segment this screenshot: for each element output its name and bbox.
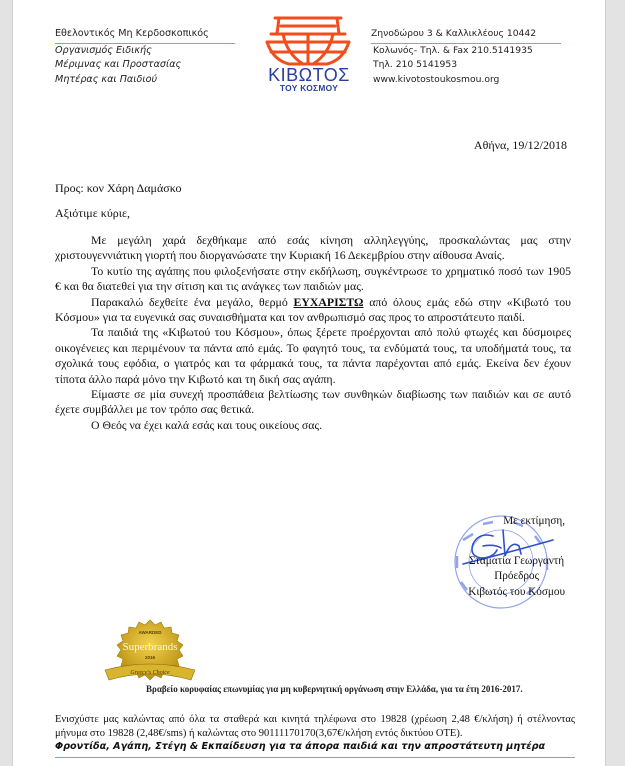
contact-info: Ζηνοδώρου 3 & Καλλικλέους 10442 Κολωνός-… (371, 27, 561, 87)
paragraph: Με μεγάλη χαρά δεχθήκαμε από εσάς κίνηση… (55, 233, 571, 264)
paragraph-text: Παρακαλώ δεχθείτε ένα μεγάλο, θερμό (91, 295, 293, 309)
letter-date: Αθήνα, 19/12/2018 (474, 138, 567, 153)
logo-subtitle: ΤΟΥ ΚΟΣΜΟΥ (254, 83, 364, 93)
award-caption: Βραβείο κορυφαίας επωνυμίας για μη κυβερ… (146, 684, 523, 694)
org-line-3: Μέριμνας και Προστασίας (55, 58, 235, 73)
signatory-org: Κιβωτός του Κόσμου (468, 585, 565, 601)
address: Ζηνοδώρου 3 & Καλλικλέους 10442 (371, 27, 561, 44)
org-line-1: Εθελοντικός Μη Κερδοσκοπικός (55, 27, 235, 44)
signatory-title: Πρόεδρος (468, 569, 565, 585)
svg-text:Superbrands: Superbrands (123, 641, 178, 653)
organization-description: Εθελοντικός Μη Κερδοσκοπικός Οργανισμός … (55, 27, 235, 87)
closing: Με εκτίμηση, (468, 514, 565, 530)
donation-info: Ενισχύστε μας καλώντας από όλα τα σταθερ… (55, 713, 575, 740)
salutation: Αξιότιμε κύριε, (55, 206, 130, 221)
letter-body: Με μεγάλη χαρά δεχθήκαμε από εσάς κίνηση… (55, 233, 571, 433)
paragraph: Παρακαλώ δεχθείτε ένα μεγάλο, θερμό ΕΥΧΑ… (55, 295, 571, 326)
svg-text:AWARDED: AWARDED (138, 630, 162, 635)
paragraph: Είμαστε σε μία συνεχή προσπάθεια βελτίωσ… (55, 387, 571, 418)
org-line-4: Μητέρας και Παιδιού (55, 73, 235, 88)
thank-you-emphasis: ΕΥΧΑΡΙΣΤΩ (293, 295, 363, 309)
logo-title: ΚΙΒΩΤΟΣ (254, 66, 364, 84)
svg-text:Greece's Choice: Greece's Choice (130, 670, 170, 676)
letter-page: Εθελοντικός Μη Κερδοσκοπικός Οργανισμός … (12, 0, 606, 766)
organization-motto: Φροντίδα, Αγάπη, Στέγη & Εκπαίδευση για … (55, 741, 575, 758)
phone-fax: Κολωνός- Τηλ. & Fax 210.5141935 (371, 44, 561, 59)
paragraph: Το κυτίο της αγάπης που φιλοξενήσατε στη… (55, 264, 571, 295)
svg-text:2016: 2016 (145, 655, 156, 660)
signatory-name: Σταματία Γεωργαντή (468, 554, 565, 570)
paragraph: Τα παιδιά της «Κιβωτού του Κόσμου», όπως… (55, 325, 571, 387)
recipient: Προς: κον Χάρη Δαμάσκο (55, 181, 181, 196)
website-link[interactable]: www.kivotostoukosmou.org (371, 73, 561, 88)
phone: Τηλ. 210 5141953 (371, 58, 561, 73)
signature-block: Με εκτίμηση, Σταματία Γεωργαντή Πρόεδρος… (468, 514, 565, 600)
paragraph: Ο Θεός να έχει καλά εσάς και τους οικείο… (55, 418, 571, 433)
org-line-2: Οργανισμός Ειδικής (55, 44, 235, 59)
